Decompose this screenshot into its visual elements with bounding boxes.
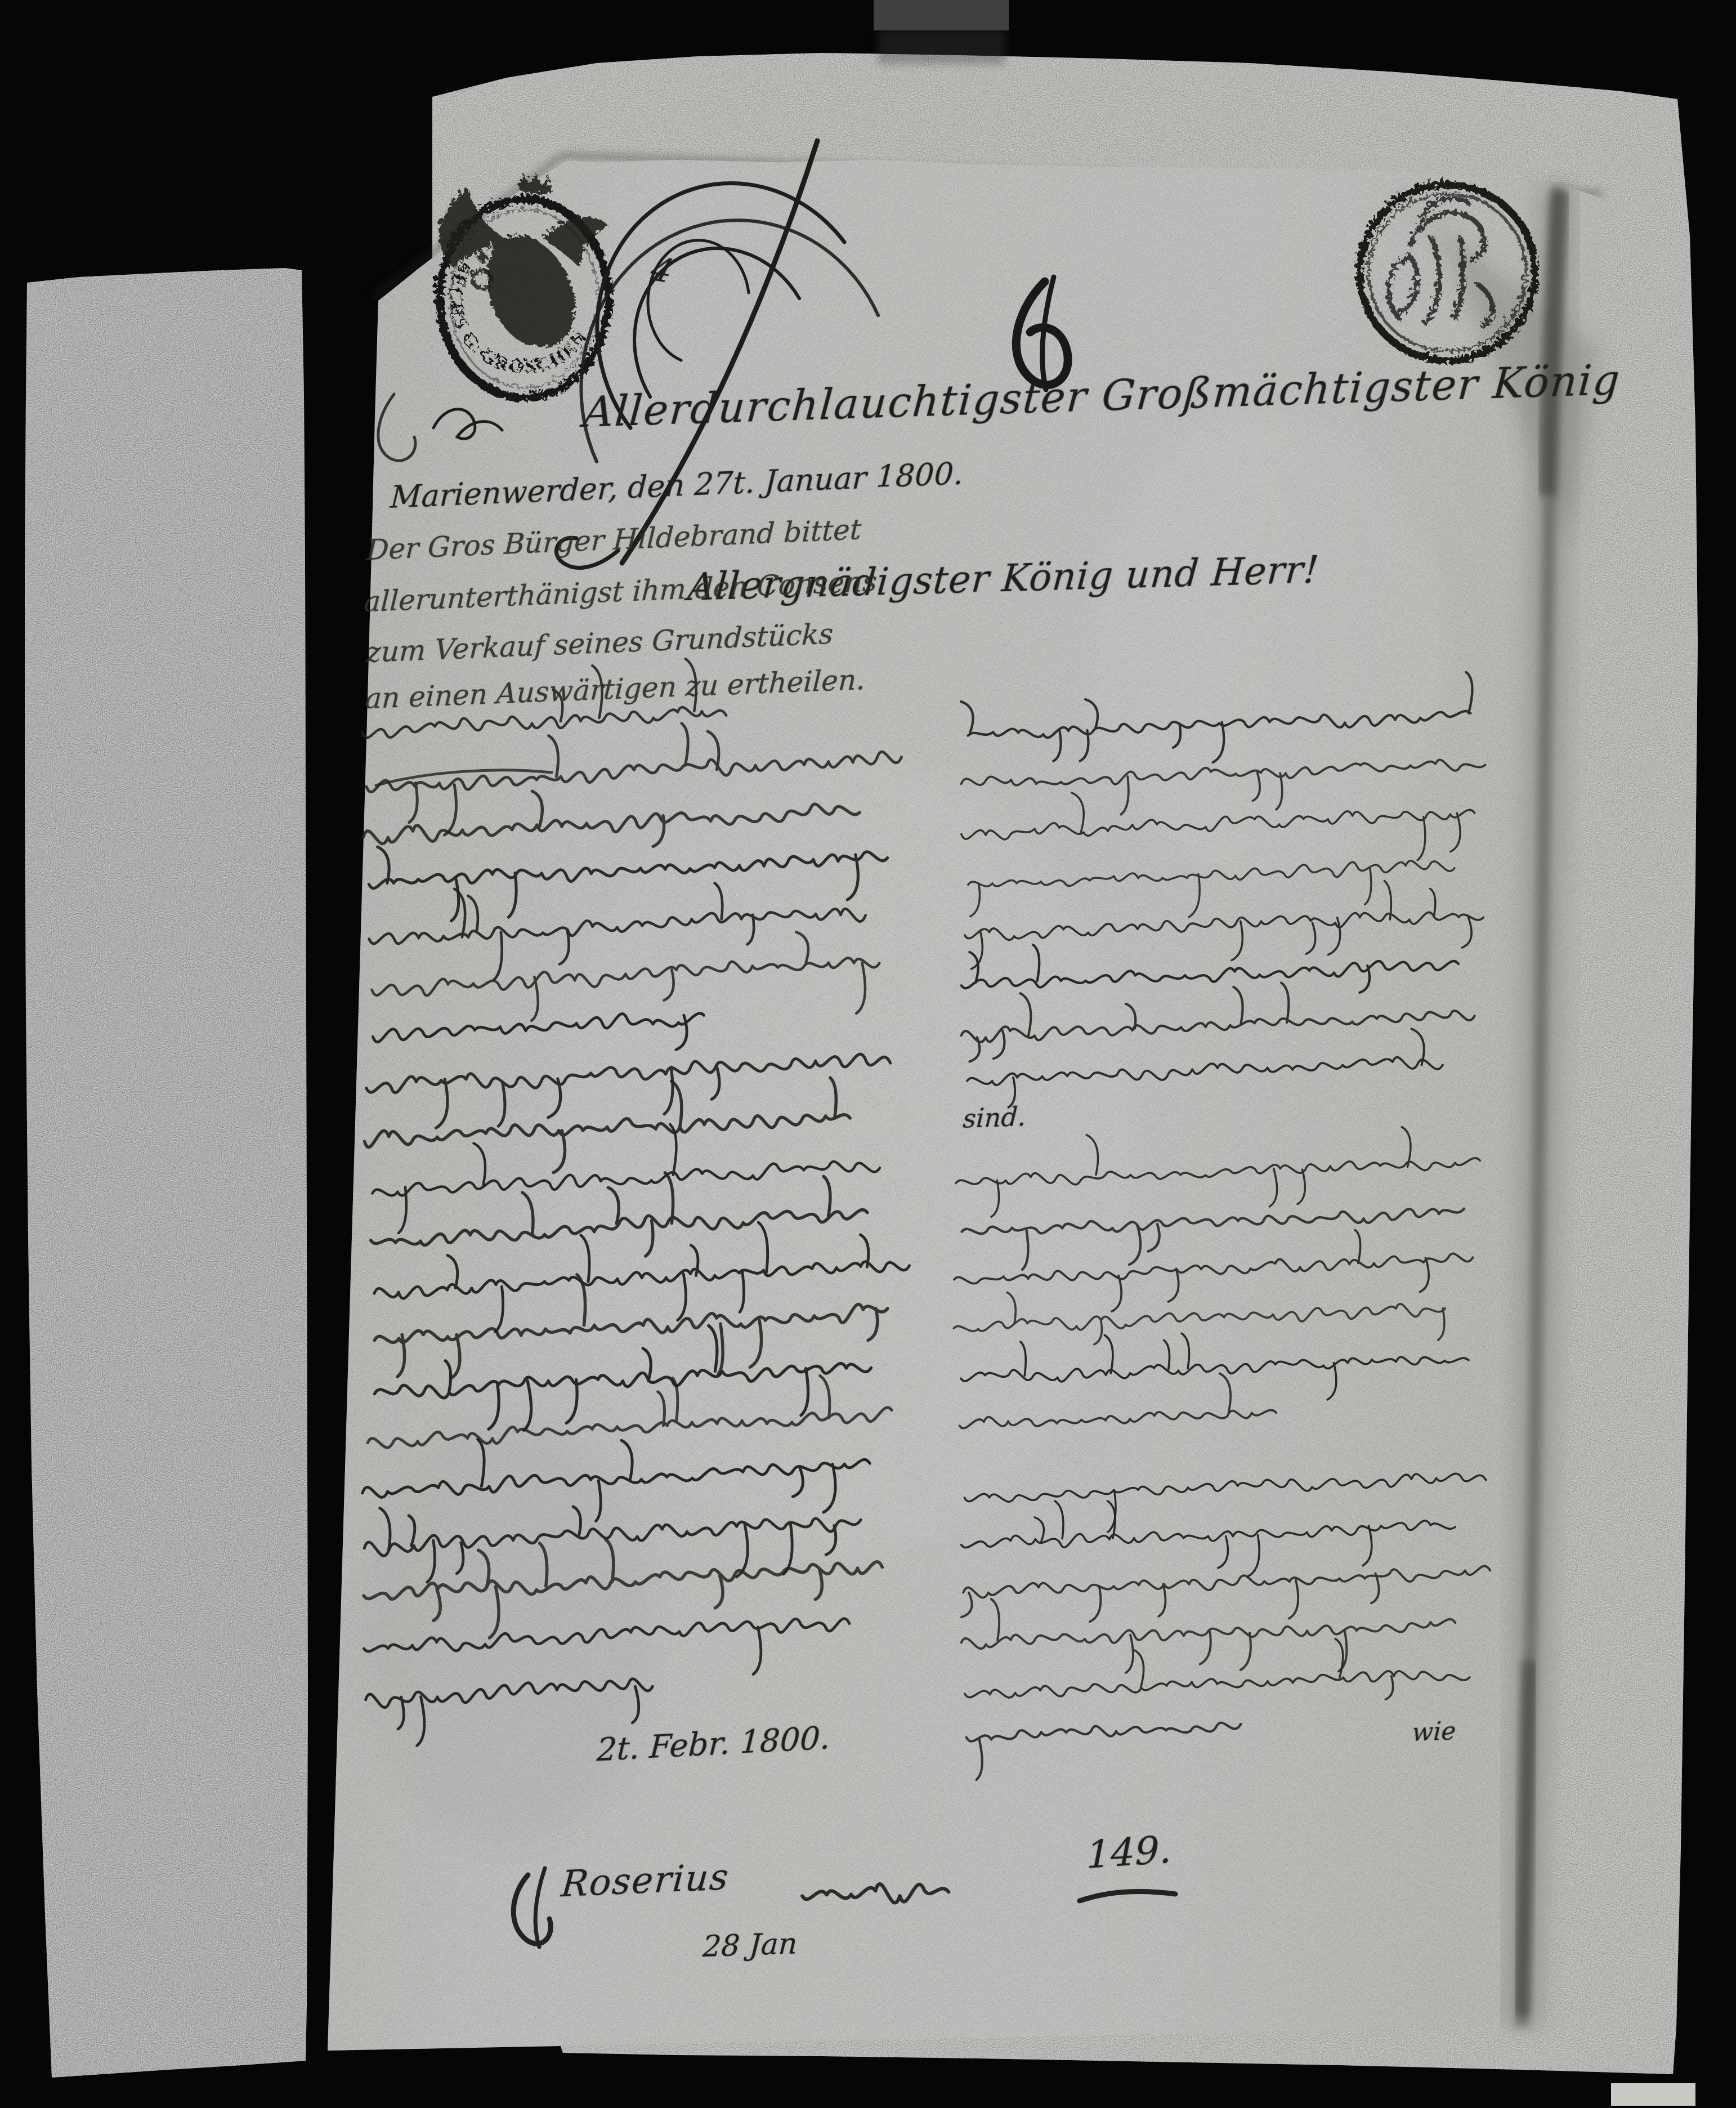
corner-label <box>1611 2083 1695 2106</box>
scanned-document: SECHS G:GROSCHEN <box>0 0 1736 2108</box>
signature: Roserius <box>560 1856 731 1905</box>
signature-date: 28 Jan <box>702 1927 798 1964</box>
scanner-tab-smudge <box>878 30 1005 64</box>
page-number: 149. <box>1086 1827 1171 1878</box>
paragraph-end-word: sind. <box>962 1101 1027 1134</box>
scanner-tab <box>874 0 1009 30</box>
previous-page-edge <box>25 268 308 2078</box>
catchword: wie <box>1411 1717 1456 1747</box>
